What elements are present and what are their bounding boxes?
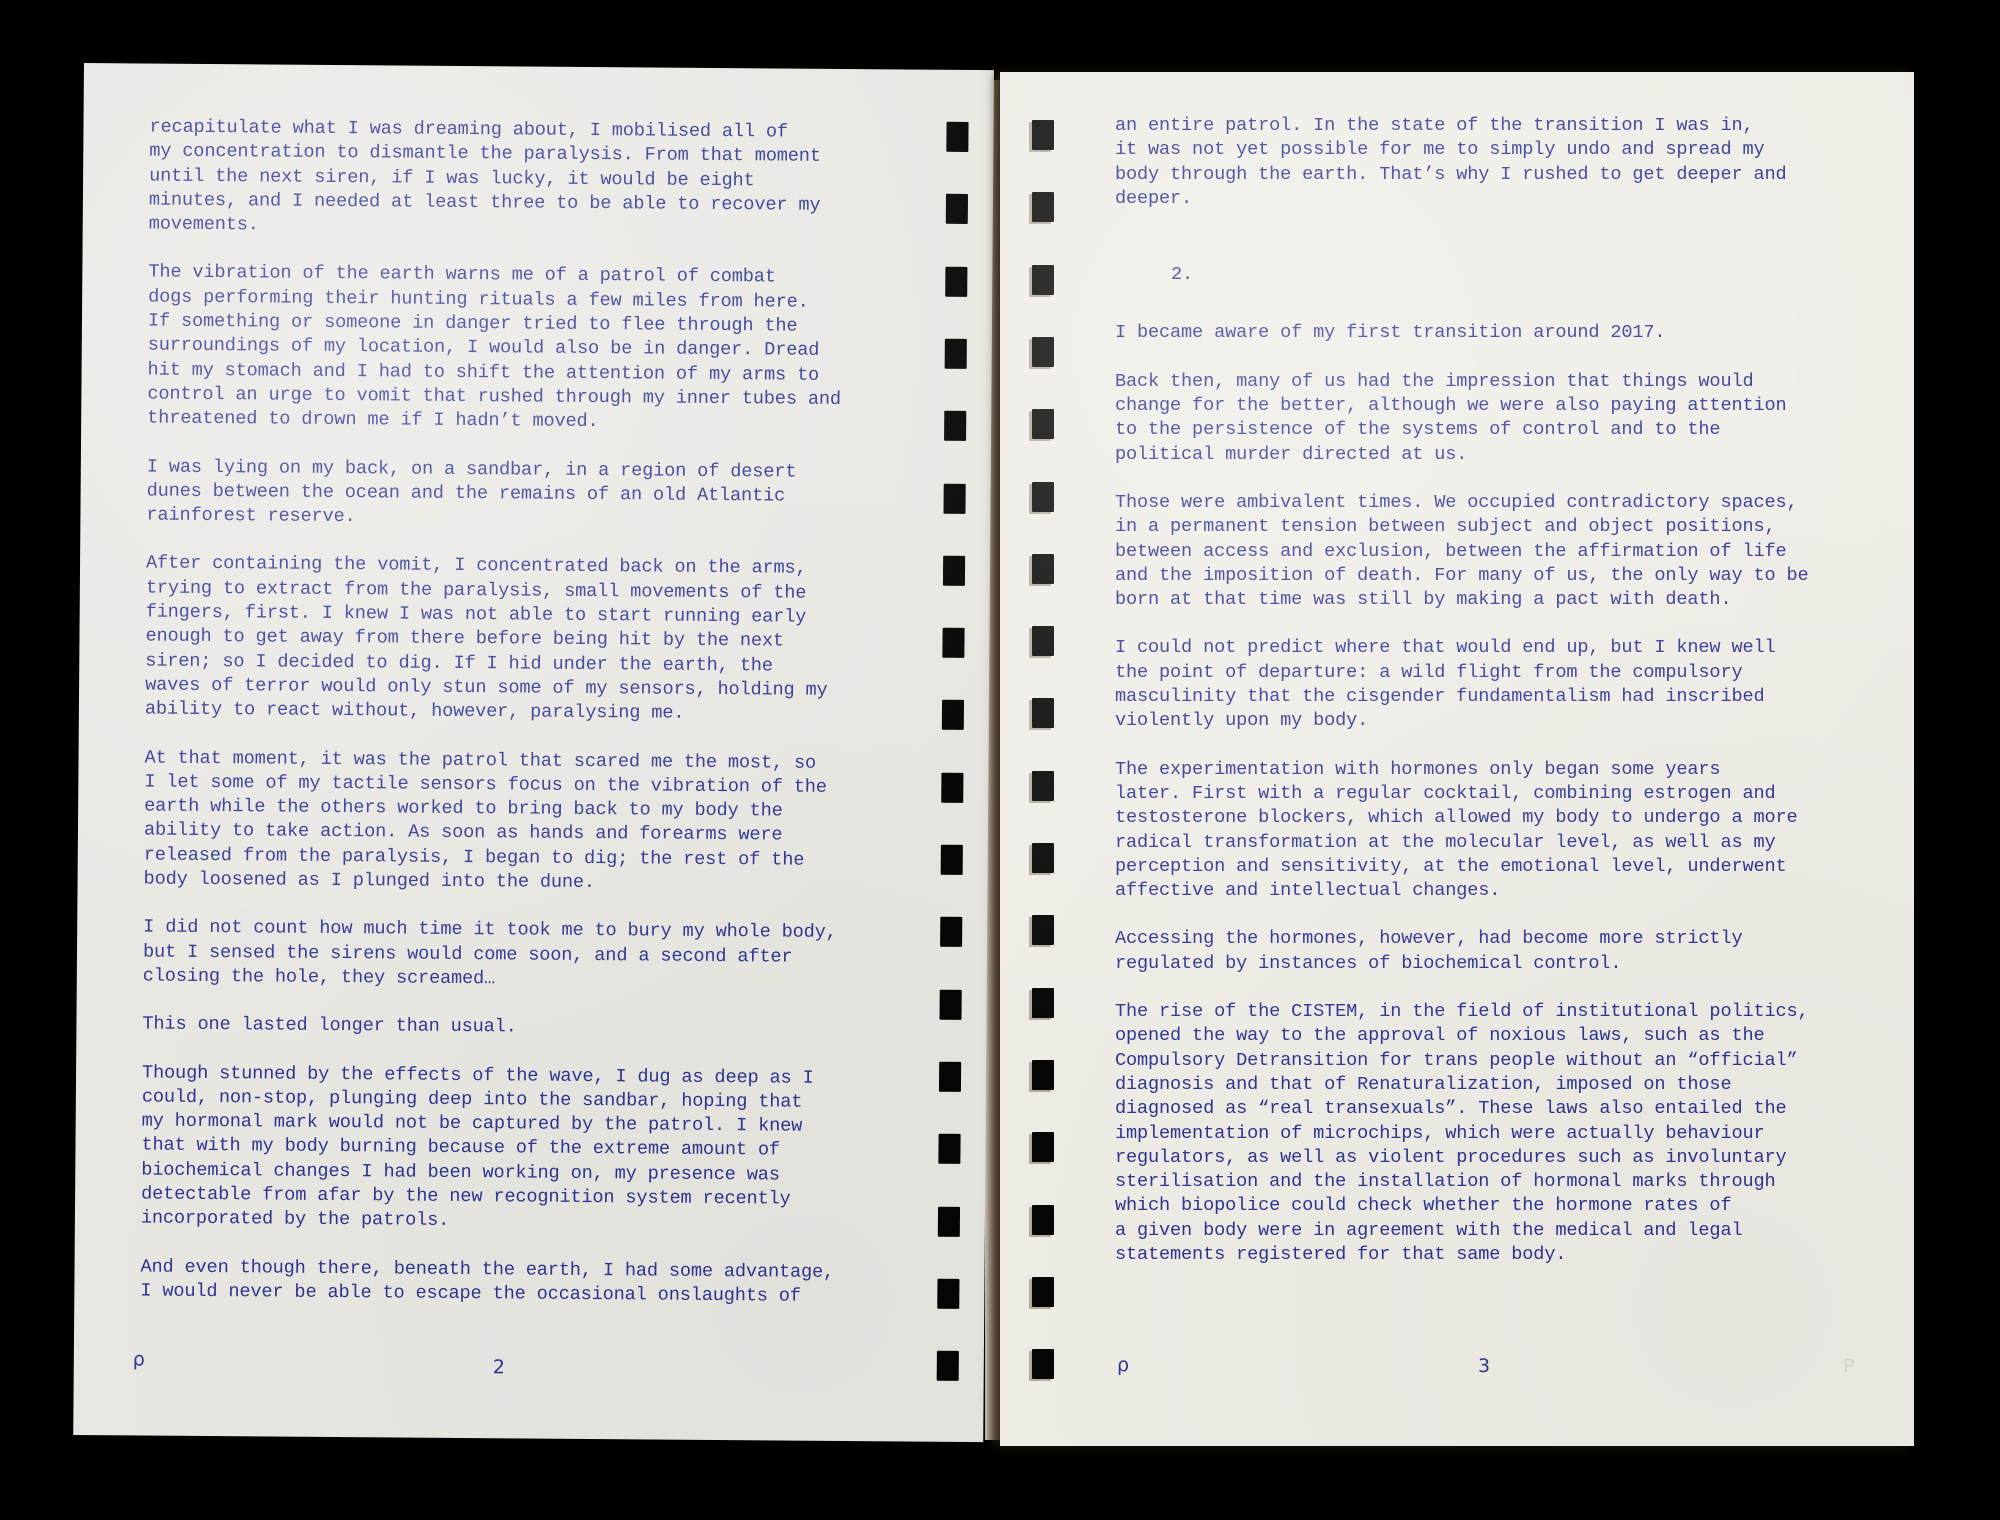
text-line: implementation of microchips, which were…: [1115, 1122, 1875, 1146]
paragraph: This one lasted longer than usual.: [142, 1013, 902, 1043]
paragraph: The experimentation with hormones only b…: [1115, 758, 1875, 904]
section-number: 2.: [1171, 263, 1875, 287]
text-line: affective and intellectual changes.: [1115, 879, 1875, 903]
right-paragraphs: I became aware of my first transition ar…: [1115, 321, 1875, 1267]
paragraph: I could not predict where that would end…: [1115, 636, 1875, 733]
paragraph: I became aware of my first transition ar…: [1115, 321, 1875, 345]
binding-hole: [1032, 843, 1054, 873]
text-line: diagnosed as “real transexuals”. These l…: [1115, 1097, 1875, 1121]
text-line: violently upon my body.: [1115, 709, 1875, 733]
binding-hole: [939, 1062, 961, 1092]
text-line: to the persistence of the systems of con…: [1115, 418, 1875, 442]
page-number: 3: [1478, 1355, 1490, 1377]
bleed-through-mark: P: [1843, 1355, 1854, 1377]
text-line: sterilisation and the installation of ho…: [1115, 1170, 1875, 1194]
binding-hole: [1032, 337, 1054, 367]
binding-hole: [941, 845, 963, 875]
paragraph: The rise of the CISTEM, in the field of …: [1115, 1000, 1875, 1267]
binding-hole: [1032, 698, 1054, 728]
paragraph: The vibration of the earth warns me of a…: [147, 261, 908, 437]
paragraph: I did not count how much time it took me…: [143, 916, 904, 995]
binding-hole: [1032, 915, 1054, 945]
text-line: I would never be able to escape the occa…: [140, 1279, 900, 1309]
binding-hole: [938, 1206, 960, 1236]
paragraph: recapitulate what I was dreaming about, …: [149, 116, 910, 243]
binding-hole: [1032, 482, 1054, 512]
binding-hole: [1032, 1205, 1054, 1235]
text-line: a given body were in agreement with the …: [1115, 1219, 1875, 1243]
text-line: the point of departure: a wild flight fr…: [1115, 661, 1875, 685]
text-line: This one lasted longer than usual.: [142, 1013, 902, 1043]
text-line: The experimentation with hormones only b…: [1115, 758, 1875, 782]
binding-hole: [942, 700, 964, 730]
right-page-body-text: an entire patrol. In the state of the tr…: [1115, 114, 1875, 1291]
text-line: body through the earth. That’s why I rus…: [1115, 163, 1875, 187]
text-line: between access and exclusion, between th…: [1115, 540, 1875, 564]
paragraph: Though stunned by the effects of the wav…: [141, 1061, 902, 1237]
text-line: Those were ambivalent times. We occupied…: [1115, 491, 1875, 515]
text-line: perception and sensitivity, at the emoti…: [1115, 855, 1875, 879]
text-line: Back then, many of us had the impression…: [1115, 370, 1875, 394]
paragraph: Back then, many of us had the impression…: [1115, 370, 1875, 467]
binding-hole: [940, 989, 962, 1019]
text-line: later. First with a regular cocktail, co…: [1115, 782, 1875, 806]
paragraph: After containing the vomit, I concentrat…: [145, 552, 906, 728]
text-line: opened the way to the approval of noxiou…: [1115, 1024, 1875, 1048]
text-line: testosterone blockers, which allowed my …: [1115, 806, 1875, 830]
text-line: deeper.: [1115, 187, 1875, 211]
binding-hole: [1032, 1132, 1054, 1162]
paragraph: And even though there, beneath the earth…: [140, 1255, 900, 1310]
binding-hole: [1032, 409, 1054, 439]
text-line: which biopolice could check whether the …: [1115, 1194, 1875, 1218]
binding-hole: [941, 772, 963, 802]
binding-hole: [937, 1351, 959, 1381]
binding-hole: [1032, 1060, 1054, 1090]
page-number: 2: [493, 1356, 505, 1378]
text-line: statements registered for that same body…: [1115, 1243, 1875, 1267]
binding-holes-left: [84, 63, 994, 70]
paragraph: Those were ambivalent times. We occupied…: [1115, 491, 1875, 612]
binding-hole: [940, 917, 962, 947]
binding-hole: [1032, 554, 1054, 584]
text-line: political murder directed at us.: [1115, 443, 1875, 467]
text-line: regulated by instances of biochemical co…: [1115, 952, 1875, 976]
binding-hole: [946, 194, 968, 224]
text-line: and the imposition of death. For many of…: [1115, 564, 1875, 588]
text-line: The rise of the CISTEM, in the field of …: [1115, 1000, 1875, 1024]
paragraph: I was lying on my back, on a sandbar, in…: [146, 455, 907, 534]
binding-hole: [945, 339, 967, 369]
left-page: recapitulate what I was dreaming about, …: [73, 63, 994, 1442]
text-line: regulators, as well as violent procedure…: [1115, 1146, 1875, 1170]
text-line: I became aware of my first transition ar…: [1115, 321, 1875, 345]
binding-hole: [1032, 771, 1054, 801]
footer-rho-mark: ρ: [133, 1348, 145, 1370]
footer-rho-mark: ρ: [1117, 1354, 1129, 1376]
binding-hole: [937, 1279, 959, 1309]
text-line: in a permanent tension between subject a…: [1115, 515, 1875, 539]
binding-hole: [943, 556, 965, 586]
text-line: radical transformation at the molecular …: [1115, 831, 1875, 855]
binding-hole: [1032, 120, 1054, 150]
text-line: diagnosis and that of Renaturalization, …: [1115, 1073, 1875, 1097]
binding-hole: [1032, 1349, 1054, 1379]
paragraph: an entire patrol. In the state of the tr…: [1115, 114, 1875, 211]
text-line: I could not predict where that would end…: [1115, 636, 1875, 660]
text-line: an entire patrol. In the state of the tr…: [1115, 114, 1875, 138]
binding-hole: [938, 1134, 960, 1164]
binding-hole: [1032, 626, 1054, 656]
binding-hole: [1032, 265, 1054, 295]
binding-hole: [1032, 192, 1054, 222]
binding-hole: [944, 411, 966, 441]
text-line: change for the better, although we were …: [1115, 394, 1875, 418]
text-line: it was not yet possible for me to simply…: [1115, 138, 1875, 162]
binding-hole: [946, 122, 968, 152]
binding-hole: [1032, 988, 1054, 1018]
text-line: rainforest reserve.: [146, 504, 906, 534]
binding-hole: [1032, 1277, 1054, 1307]
right-page: an entire patrol. In the state of the tr…: [1000, 72, 1914, 1446]
binding-hole: [945, 266, 967, 296]
paragraph: Accessing the hormones, however, had bec…: [1115, 927, 1875, 976]
text-line: masculinity that the cisgender fundament…: [1115, 685, 1875, 709]
text-line: Accessing the hormones, however, had bec…: [1115, 927, 1875, 951]
left-page-body-text: recapitulate what I was dreaming about, …: [140, 116, 909, 1334]
text-line: Compulsory Detransition for trans people…: [1115, 1049, 1875, 1073]
paragraph: At that moment, it was the patrol that s…: [143, 746, 904, 898]
binding-hole: [942, 628, 964, 658]
text-line: born at that time was still by making a …: [1115, 588, 1875, 612]
binding-hole: [943, 483, 965, 513]
